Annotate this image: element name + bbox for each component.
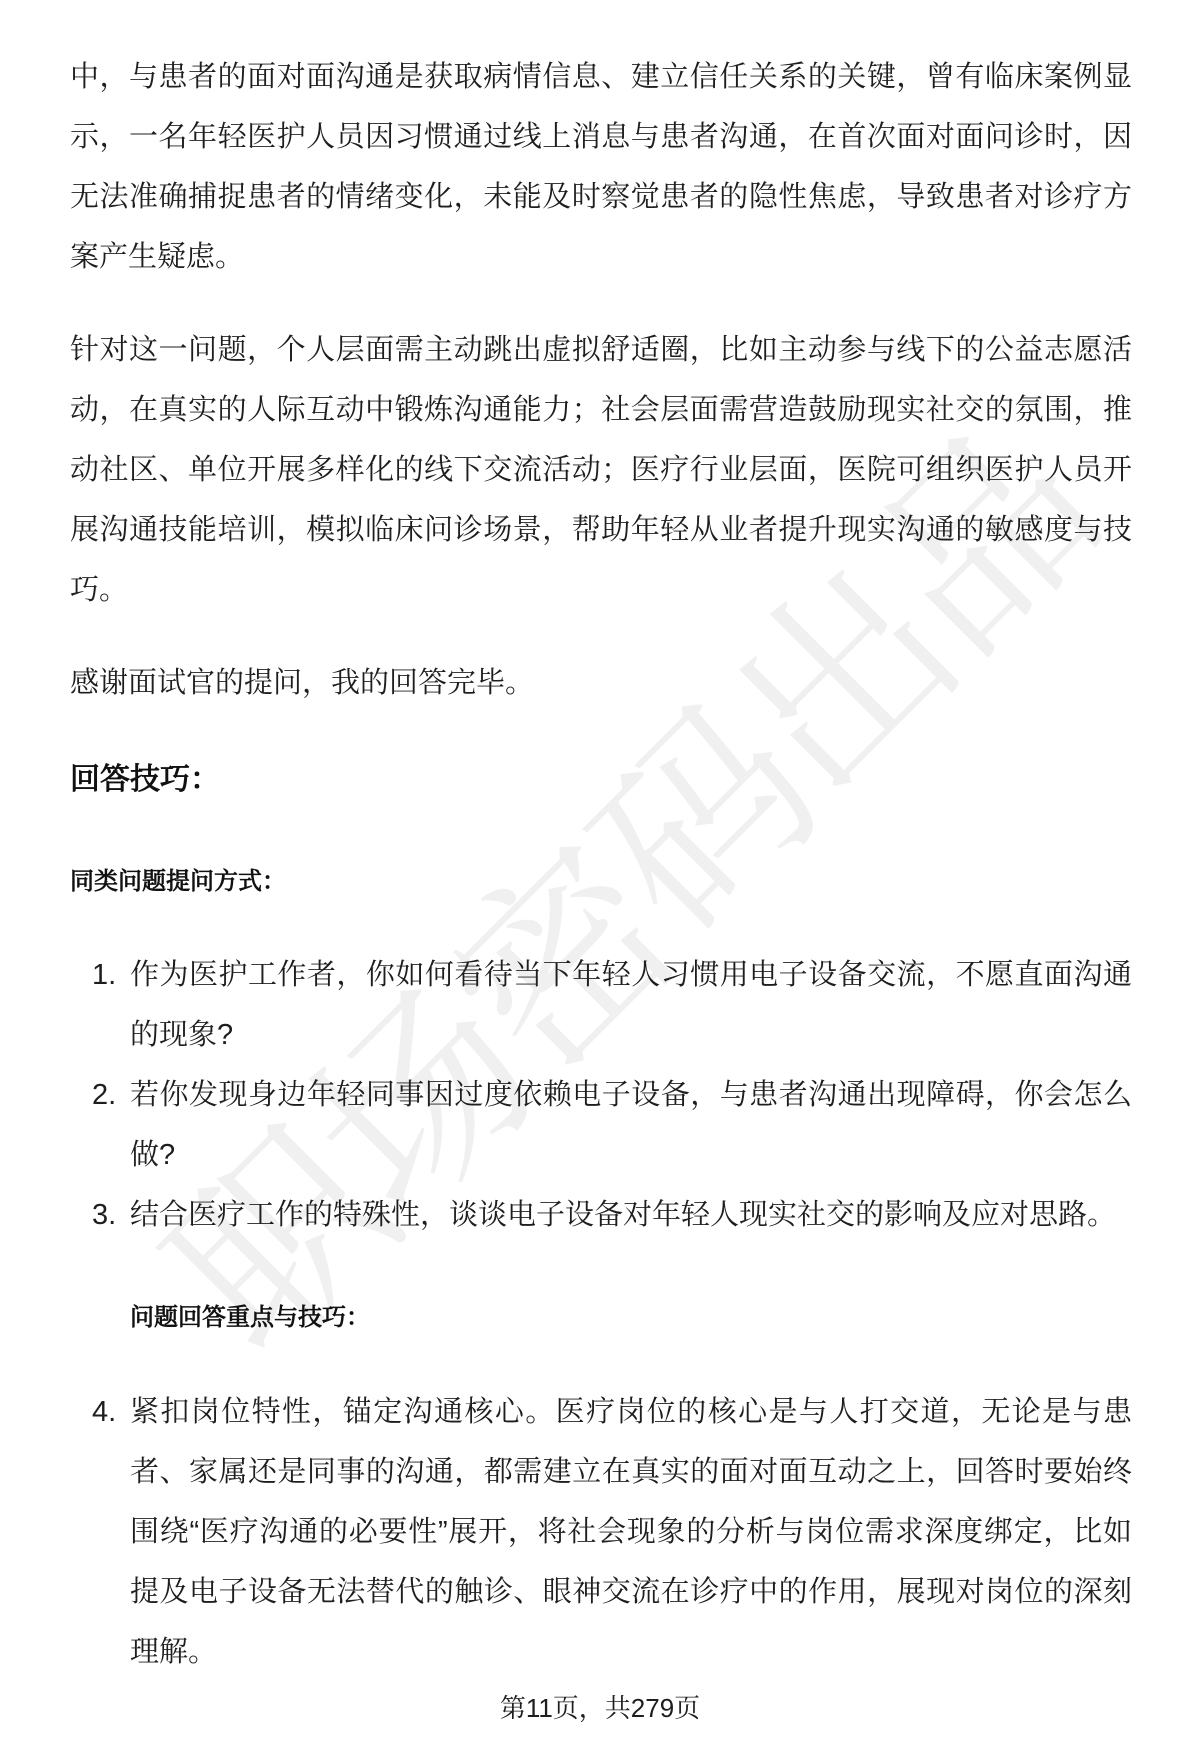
page-content: 中，与患者的面对面沟通是获取病情信息、建立信任关系的关键，曾有临床案例显示，一名…	[0, 0, 1200, 1682]
list-item: 3. 结合医疗工作的特殊性，谈谈电子设备对年轻人现实社交的影响及应对思路。	[70, 1185, 1132, 1245]
list-item-text: 作为医护工作者，你如何看待当下年轻人习惯用电子设备交流，不愿直面沟通的现象?	[130, 959, 1132, 1051]
paragraph-closing: 感谢面试官的提问，我的回答完毕。	[70, 653, 1132, 713]
list-item-text: 结合医疗工作的特殊性，谈谈电子设备对年轻人现实社交的影响及应对思路。	[130, 1199, 1116, 1231]
document-page: 职场密码出品 中，与患者的面对面沟通是获取病情信息、建立信任关系的关键，曾有临床…	[0, 0, 1200, 1755]
list-item: 1. 作为医护工作者，你如何看待当下年轻人习惯用电子设备交流，不愿直面沟通的现象…	[70, 945, 1132, 1065]
subheading-similar-questions: 同类问题提问方式：	[70, 857, 1132, 907]
list-item-number: 3.	[92, 1185, 116, 1245]
list-item-number: 2.	[92, 1065, 116, 1125]
page-number-indicator: 第11页，共279页	[0, 1690, 1200, 1726]
question-list: 1. 作为医护工作者，你如何看待当下年轻人习惯用电子设备交流，不愿直面沟通的现象…	[70, 945, 1132, 1245]
section-title-answer-tips: 回答技巧：	[70, 751, 1132, 809]
paragraph-solution: 针对这一问题，个人层面需主动跳出虚拟舒适圈，比如主动参与线下的公益志愿活动，在真…	[70, 320, 1132, 620]
subheading-answer-key-points: 问题回答重点与技巧：	[130, 1293, 1132, 1343]
key-points-list: 4. 紧扣岗位特性，锚定沟通核心。医疗岗位的核心是与人打交道，无论是与患者、家属…	[70, 1382, 1132, 1682]
list-item-text: 若你发现身边年轻同事因过度依赖电子设备，与患者沟通出现障碍，你会怎么做?	[130, 1079, 1132, 1171]
list-item: 4. 紧扣岗位特性，锚定沟通核心。医疗岗位的核心是与人打交道，无论是与患者、家属…	[70, 1382, 1132, 1682]
list-item-text: 紧扣岗位特性，锚定沟通核心。医疗岗位的核心是与人打交道，无论是与患者、家属还是同…	[130, 1396, 1132, 1668]
paragraph-clinical-case: 中，与患者的面对面沟通是获取病情信息、建立信任关系的关键，曾有临床案例显示，一名…	[70, 47, 1132, 287]
list-item-number: 4.	[92, 1382, 116, 1442]
list-item-number: 1.	[92, 945, 116, 1005]
list-item: 2. 若你发现身边年轻同事因过度依赖电子设备，与患者沟通出现障碍，你会怎么做?	[70, 1065, 1132, 1185]
